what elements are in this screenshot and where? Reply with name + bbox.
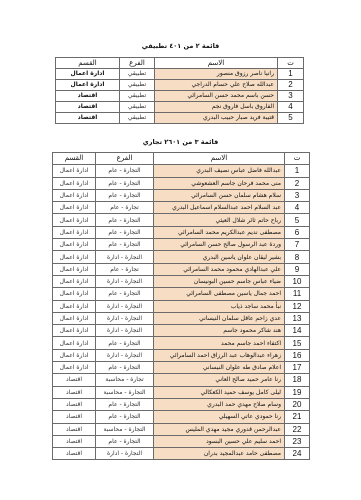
table-row: 12نبأ محمد ساجد ذيابالتجارة - ادارةادارة… [53,300,310,312]
header-branch: الفرع [96,153,154,165]
cell-dept: ادارة اعمال [53,300,96,312]
cell-dept: ادارة اعمال [53,362,96,374]
table-row: 13عدي زاحم عاقل سلمان النيسانيالتجارة - … [53,312,310,324]
cell-dept: ادارة اعمال [53,288,96,300]
cell-dept: اقتصاد [53,374,96,386]
cell-branch: التجارة - ادارة [96,349,154,361]
header-dept: القسم [53,153,96,165]
cell-dept: اقتصاد [53,386,96,398]
cell-dept: اقتصاد [53,448,96,460]
cell-name: احمد سليم علي حسين البسود [154,435,285,447]
cell-branch: تطبيقي [120,91,155,102]
cell-num: 15 [285,337,310,349]
cell-branch: التجارة - عام [96,288,154,300]
table-row: 20وسام صلاح مهدي حمد البدريالتجارة - عام… [53,398,310,410]
table-row: 2منى محمد فرحان جاسم العشعوشيالتجارة - ع… [53,177,310,189]
cell-num: 20 [285,398,310,410]
list1-caption: قائمة ٢ من ٤٠١ تطبيقي [0,42,361,50]
header-dept: القسم [56,58,120,69]
table-row: 14هند شاكر محمود جاسمالتجارة - ادارةادار… [53,325,310,337]
cell-branch: التجارة - عام [96,435,154,447]
cell-num: 3 [285,189,310,201]
cell-name: ليلى كامل يوسف حميد الكعكالي [154,386,285,398]
cell-name: هند شاكر محمود جاسم [154,325,285,337]
cell-dept: ادارة اعمال [53,226,96,238]
cell-num: 7 [285,239,310,251]
cell-branch: تطبيقي [120,69,155,80]
list1-table: ت الاسم الفرع القسم 1رانيا ناصر رزوق منص… [55,57,304,124]
cell-num: 17 [285,362,310,374]
cell-branch: التجارة - عام [96,411,154,423]
cell-branch: تطبيقي [120,113,155,124]
cell-name: اكتفاء احمد جاسم محمد [154,337,285,349]
cell-num: 24 [285,448,310,460]
cell-name: منى محمد فرحان جاسم العشعوشي [154,177,285,189]
cell-num: 5 [278,113,304,124]
cell-num: 21 [285,411,310,423]
cell-num: 12 [285,300,310,312]
cell-branch: تطبيقي [120,102,155,113]
cell-name: عبدالله صلاح علي حسام الدراجي [155,80,278,91]
cell-dept: ادارة اعمال [53,337,96,349]
table-row: 8بشير ليقان علوان ياسين البدريالتجارة - … [53,251,310,263]
cell-num: 23 [285,435,310,447]
table-row: 7وردة عبد الرسول صالح حسن السامرائيالتجا… [53,239,310,251]
cell-branch: تجارة - عام [96,202,154,214]
cell-num: 1 [278,69,304,80]
cell-name: نبأ محمد ساجد ذياب [154,300,285,312]
table-row: 3حسن باسم محمد حسن السامرائيتطبيقياقتصاد [56,91,304,102]
cell-name: بشير ليقان علوان ياسين البدري [154,251,285,263]
cell-num: 2 [285,177,310,189]
cell-name: وسام صلاح مهدي حمد البدري [154,398,285,410]
cell-num: 16 [285,349,310,361]
table-row: 1رانيا ناصر رزوق منصورتطبيقيادارة اعمال [56,69,304,80]
cell-dept: اقتصاد [56,113,120,124]
header-num: ت [278,58,304,69]
cell-branch: التجارة - عام [96,337,154,349]
table-row: 23احمد سليم علي حسين البسودالتجارة - عام… [53,435,310,447]
table-header-row: ت الاسم الفرع القسم [53,153,310,165]
table-row: 10ضياء عباس جاسم حسين البونيسانالتجارة -… [53,275,310,287]
cell-name: عدي زاحم عاقل سلمان النيساني [154,312,285,324]
cell-dept: ادارة اعمال [53,349,96,361]
header-name: الاسم [155,58,278,69]
cell-branch: التجارة - عام [96,226,154,238]
cell-dept: ادارة اعمال [53,312,96,324]
cell-num: 18 [285,374,310,386]
header-name: الاسم [154,153,285,165]
table-row: 4عبد السلام احمد عبدالسلام اسماعيل البدر… [53,202,310,214]
table-row: 18رنا عامر حميد صالح العانيتجارة - محاسب… [53,374,310,386]
header-branch: الفرع [120,58,155,69]
table-row: 6مصطفى نديم عبدالكريم محمد السامرائيالتج… [53,226,310,238]
table-row: 1عبدالله فاضل عباس نصيف البدريالتجارة - … [53,165,310,177]
cell-branch: تجارة - عام [96,263,154,275]
cell-name: ضياء عباس جاسم حسين البونيسان [154,275,285,287]
cell-num: 9 [285,263,310,275]
cell-branch: التجارة - محاسبة [96,386,154,398]
cell-name: مصطفى نديم عبدالكريم محمد السامرائي [154,226,285,238]
cell-name: مصطفى حامد عبدالمجيد بدران [154,448,285,460]
cell-dept: اقتصاد [56,91,120,102]
cell-branch: التجارة - ادارة [96,448,154,460]
cell-num: 11 [285,288,310,300]
cell-dept: ادارة اعمال [56,80,120,91]
cell-name: زهراء عبدالوهاب عبد الرزاق احمد السامرائ… [154,349,285,361]
cell-dept: ادارة اعمال [53,202,96,214]
cell-branch: التجارة - ادارة [96,300,154,312]
cell-name: وردة عبد الرسول صالح حسن السامرائي [154,239,285,251]
cell-branch: تجارة - محاسبة [96,374,154,386]
cell-name: الفاروق باسل فاروق نجم [155,102,278,113]
table-row: 22عبدالرحمن قدوري مجيد مهدي المليسالتجار… [53,423,310,435]
cell-name: احمد جمال ياسين مصطفى السامرائي [154,288,285,300]
cell-name: عبدالله فاضل عباس نصيف البدري [154,165,285,177]
cell-num: 22 [285,423,310,435]
cell-num: 4 [278,102,304,113]
table-row: 3سلام هشام سلمان حسن السامرائيالتجارة - … [53,189,310,201]
table-header-row: ت الاسم الفرع القسم [56,58,304,69]
table-row: 21رنا حمودي عاتي السهيليالتجارة - عاماقت… [53,411,310,423]
table-row: 2عبدالله صلاح علي حسام الدراجيتطبيقيادار… [56,80,304,91]
cell-dept: ادارة اعمال [53,263,96,275]
cell-num: 14 [285,325,310,337]
table-row: 16زهراء عبدالوهاب عبد الرزاق احمد السامر… [53,349,310,361]
cell-dept: ادارة اعمال [53,214,96,226]
cell-dept: اقتصاد [53,435,96,447]
cell-name: عبد السلام احمد عبدالسلام اسماعيل البدري [154,202,285,214]
list2-table: ت الاسم الفرع القسم 1عبدالله فاضل عباس ن… [52,152,310,460]
cell-dept: ادارة اعمال [53,325,96,337]
cell-branch: التجارة - ادارة [96,251,154,263]
cell-num: 8 [285,251,310,263]
cell-name: عبدالرحمن قدوري مجيد مهدي المليس [154,423,285,435]
table-row: 9علي عبدالهادي محمود محمد السامرائيتجارة… [53,263,310,275]
cell-branch: التجارة - عام [96,398,154,410]
table-row: 11احمد جمال ياسين مصطفى السامرائيالتجارة… [53,288,310,300]
cell-name: رباح حاتم ثائر شلال العيثي [154,214,285,226]
table-row: 24مصطفى حامد عبدالمجيد بدرانالتجارة - اد… [53,448,310,460]
cell-branch: التجارة - عام [96,362,154,374]
cell-branch: التجارة - ادارة [96,325,154,337]
cell-dept: اقتصاد [53,411,96,423]
cell-num: 6 [285,226,310,238]
cell-dept: اقتصاد [53,398,96,410]
cell-dept: ادارة اعمال [53,251,96,263]
cell-branch: التجارة - عام [96,189,154,201]
cell-num: 3 [278,91,304,102]
cell-num: 10 [285,275,310,287]
cell-num: 2 [278,80,304,91]
cell-name: رنا حمودي عاتي السهيلي [154,411,285,423]
cell-name: حسن باسم محمد حسن السامرائي [155,91,278,102]
list2-caption: قائمة ٣ من ٢٦٠١ تجاري [0,138,361,146]
cell-dept: اقتصاد [56,102,120,113]
cell-branch: تطبيقي [120,80,155,91]
table-row: 17اعلام صادق طه علوان النيسانيالتجارة - … [53,362,310,374]
cell-branch: التجارة - عام [96,165,154,177]
cell-num: 5 [285,214,310,226]
cell-name: علي عبدالهادي محمود محمد السامرائي [154,263,285,275]
cell-dept: ادارة اعمال [53,165,96,177]
cell-dept: اقتصاد [53,423,96,435]
list1-body: 1رانيا ناصر رزوق منصورتطبيقيادارة اعمال2… [56,69,304,124]
cell-branch: التجارة - عام [96,177,154,189]
cell-num: 1 [285,165,310,177]
cell-branch: التجارة - عام [96,214,154,226]
table-row: 15اكتفاء احمد جاسم محمدالتجارة - عامادار… [53,337,310,349]
cell-dept: ادارة اعمال [53,239,96,251]
table-row: 19ليلى كامل يوسف حميد الكعكاليالتجارة - … [53,386,310,398]
cell-name: سلام هشام سلمان حسن السامرائي [154,189,285,201]
cell-dept: ادارة اعمال [53,177,96,189]
cell-branch: التجارة - عام [96,239,154,251]
list2-body: 1عبدالله فاضل عباس نصيف البدريالتجارة - … [53,165,310,460]
cell-dept: ادارة اعمال [56,69,120,80]
cell-name: رانيا ناصر رزوق منصور [155,69,278,80]
cell-branch: التجارة - ادارة [96,312,154,324]
cell-name: رنا عامر حميد صالح العاني [154,374,285,386]
table-row: 5رباح حاتم ثائر شلال العيثيالتجارة - عام… [53,214,310,226]
cell-branch: التجارة - ادارة [96,275,154,287]
cell-dept: ادارة اعمال [53,275,96,287]
cell-num: 13 [285,312,310,324]
cell-dept: ادارة اعمال [53,189,96,201]
cell-num: 4 [285,202,310,214]
cell-name: اعلام صادق طه علوان النيساني [154,362,285,374]
cell-branch: التجارة - محاسبة [96,423,154,435]
cell-num: 19 [285,386,310,398]
table-row: 4الفاروق باسل فاروق نجمتطبيقياقتصاد [56,102,304,113]
cell-name: قتيبة فريد صبار حبيب البدري [155,113,278,124]
table-row: 5قتيبة فريد صبار حبيب البدريتطبيقياقتصاد [56,113,304,124]
header-num: ت [285,153,310,165]
